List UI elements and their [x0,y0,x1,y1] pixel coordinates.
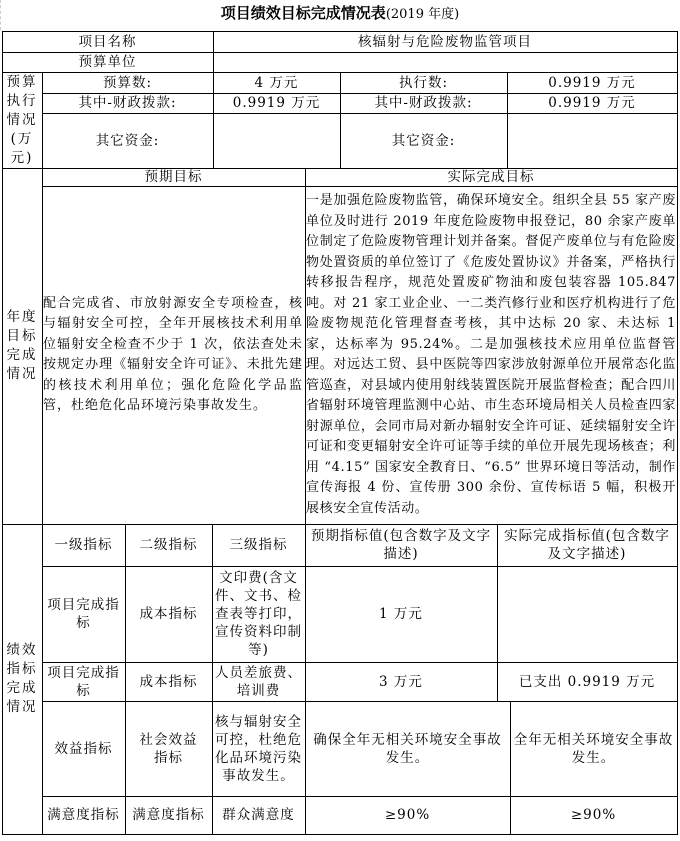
indicators-section-label: 绩效指标完成情况 [2,524,43,835]
indicator-row-3-level1: 效益指标 [42,701,126,797]
expected-goals-text: 配合完成省、市放射源安全专项检查，核与辐射安全可控，全年开展核技术利用单位辐射安… [42,186,306,525]
indicator-header-level1: 一级指标 [42,524,126,567]
indicator-row-2-level1: 项目完成指标 [42,662,126,702]
indicator-row-1-expected: 1 万元 [305,566,498,663]
page-title: 项目绩效目标完成情况表(2019 年度) [0,0,680,30]
budget-amount-value: 4 万元 [213,72,341,94]
other-funds-label-exec: 其它资金: [340,113,508,169]
fiscal-value-budget: 0.9919 万元 [213,93,341,114]
project-name-value: 核辐射与危险废物监管项目 [213,31,678,53]
indicator-row-4-level1: 满意度指标 [42,796,126,835]
title-year: (2019 年度) [386,7,459,22]
indicator-header-level3: 三级指标 [212,524,306,567]
indicator-row-1-level1: 项目完成指标 [42,566,126,663]
exec-amount-value: 0.9919 万元 [507,72,678,94]
actual-goals-header: 实际完成目标 [305,168,678,187]
budget-section-label: 预算执行情况(万元) [2,72,43,169]
fiscal-label-exec: 其中-财政拨款: [340,93,508,114]
goals-section-label: 年度目标完成情况 [2,168,43,525]
other-funds-value-exec [507,113,678,169]
indicator-row-4-expected: ≥90% [305,796,511,835]
indicator-header-level2: 二级指标 [125,524,213,567]
indicator-row-3-level2: 社会效益指标 [125,701,213,797]
other-funds-label-budget: 其它资金: [42,113,214,169]
other-funds-value-budget [213,113,341,169]
fiscal-label-budget: 其中-财政拨款: [42,93,214,114]
indicator-row-2-level3: 人员差旅费、培训费 [212,662,306,702]
title-main: 项目绩效目标完成情况表 [221,4,386,22]
indicator-row-2-expected: 3 万元 [305,662,498,702]
indicator-row-2-actual: 已支出 0.9919 万元 [497,662,678,702]
indicator-row-4-level3: 群众满意度 [212,796,306,835]
actual-goals-text: 一是加强危险废物监管，确保环境安全。组织全县 55 家产废单位及时进行 2019… [305,186,678,525]
indicator-row-3-actual: 全年无相关环境安全事故发生。 [510,701,678,797]
fiscal-value-exec: 0.9919 万元 [507,93,678,114]
budget-unit-label: 预算单位 [2,52,214,73]
indicator-row-4-actual: ≥90% [510,796,678,835]
indicator-header-actual: 实际完成指标值(包含数字及文字描述) [497,524,678,567]
indicator-row-2-level2: 成本指标 [125,662,213,702]
indicator-row-3-level3: 核与辐射安全可控，杜绝危化品环境污染事故发生。 [212,701,306,797]
exec-amount-label: 执行数: [340,72,508,94]
indicator-row-3-expected: 确保全年无相关环境安全事故发生。 [305,701,511,797]
indicator-row-4-level2: 满意度指标 [125,796,213,835]
budget-amount-label: 预算数: [42,72,214,94]
project-name-label: 项目名称 [2,31,214,53]
indicator-row-1-level2: 成本指标 [125,566,213,663]
budget-unit-value [213,52,678,73]
indicator-row-1-actual [497,566,678,663]
indicator-header-expected: 预期指标值(包含数字及文字描述) [305,524,498,567]
indicator-row-1-level3: 文印费(含文件、文书、检查表等打印，宣传资料印制等) [212,566,306,663]
expected-goals-header: 预期目标 [42,168,306,187]
